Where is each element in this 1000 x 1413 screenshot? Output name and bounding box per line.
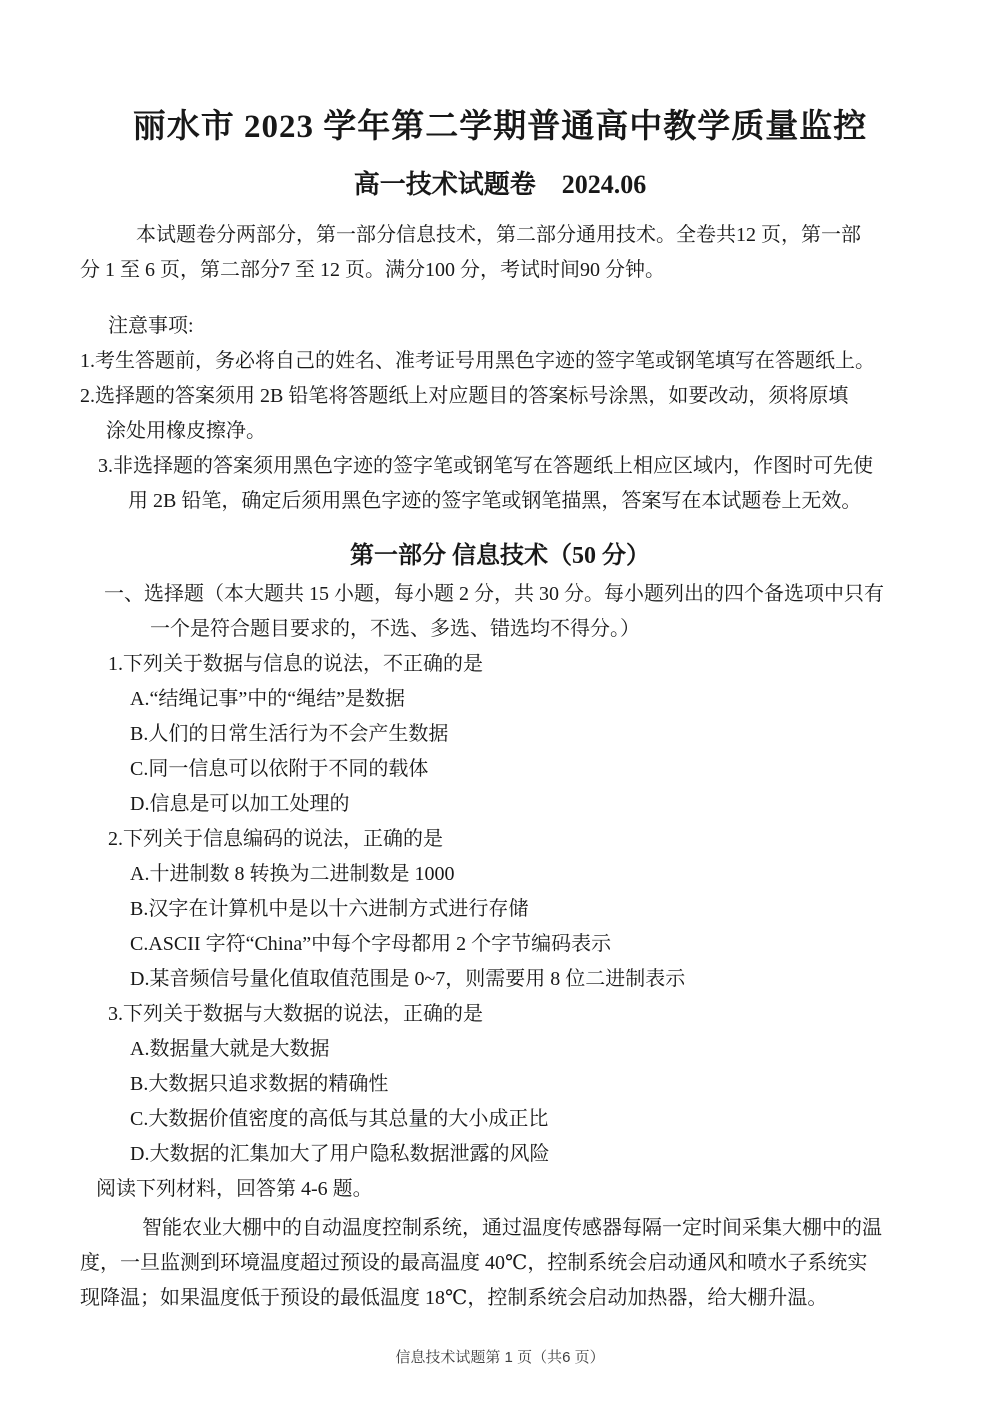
passage-line: 现降温；如果温度低于预设的最低温度 18℃，控制系统会启动加热器，给大棚升温。 [80, 1281, 920, 1316]
page-title: 丽水市 2023 学年第二学期普通高中教学质量监控 [80, 104, 920, 150]
page-subtitle: 高一技术试题卷 2024.06 [80, 166, 920, 204]
notice-heading: 注意事项: [108, 309, 920, 344]
notice-item: 1.考生答题前，务必将自己的姓名、准考证号用黑色字迹的签字笔或钢笔填写在答题纸上… [80, 344, 920, 379]
question: 3.下列关于数据与大数据的说法，正确的是 A.数据量大就是大数据 B.大数据只追… [80, 997, 920, 1172]
reading-block: 阅读下列材料，回答第 4-6 题。 智能农业大棚中的自动温度控制系统，通过温度传… [80, 1172, 920, 1316]
question-option: B.大数据只追求数据的精确性 [130, 1067, 920, 1102]
notice-block: 注意事项: 1.考生答题前，务必将自己的姓名、准考证号用黑色字迹的签字笔或钢笔填… [80, 309, 920, 519]
page-content: 丽水市 2023 学年第二学期普通高中教学质量监控 高一技术试题卷 2024.0… [0, 0, 1000, 1316]
question-option: D.某音频信号量化值取值范围是 0~7，则需要用 8 位二进制表示 [130, 962, 920, 997]
intro-line: 分 1 至 6 页，第二部分7 至 12 页。满分100 分，考试时间90 分钟… [80, 253, 920, 288]
notice-item: 3.非选择题的答案须用黑色字迹的签字笔或钢笔写在答题纸上相应区域内，作图时可先使 [98, 449, 920, 484]
notice-item: 2.选择题的答案须用 2B 铅笔将答题纸上对应题目的答案标号涂黑，如要改动，须将… [80, 379, 920, 414]
question-stem: 1.下列关于数据与信息的说法，不正确的是 [108, 647, 920, 682]
section-instruction-line: 一个是符合题目要求的，不选、多选、错选均不得分。） [150, 612, 920, 647]
question-option: C.同一信息可以依附于不同的载体 [130, 752, 920, 787]
question-option: C.大数据价值密度的高低与其总量的大小成正比 [130, 1102, 920, 1137]
question-option: A.数据量大就是大数据 [130, 1032, 920, 1067]
intro-line: 本试题卷分两部分，第一部分信息技术，第二部分通用技术。全卷共12 页，第一部 [80, 218, 920, 253]
question-stem: 3.下列关于数据与大数据的说法，正确的是 [108, 997, 920, 1032]
section-instruction: 一、选择题（本大题共 15 小题，每小题 2 分，共 30 分。每小题列出的四个… [80, 577, 920, 647]
question-option: D.大数据的汇集加大了用户隐私数据泄露的风险 [130, 1137, 920, 1172]
question-stem: 2.下列关于信息编码的说法，正确的是 [108, 822, 920, 857]
section-instruction-line: 一、选择题（本大题共 15 小题，每小题 2 分，共 30 分。每小题列出的四个… [104, 577, 920, 612]
section-heading: 第一部分 信息技术（50 分） [80, 535, 920, 577]
passage-line: 度，一旦监测到环境温度超过预设的最高温度 40℃，控制系统会启动通风和喷水子系统… [80, 1246, 920, 1281]
reading-prompt: 阅读下列材料，回答第 4-6 题。 [96, 1172, 920, 1207]
question-option: C.ASCII 字符“China”中每个字母都用 2 个字节编码表示 [130, 927, 920, 962]
question-option: A.十进制数 8 转换为二进制数是 1000 [130, 857, 920, 892]
notice-item-continuation: 涂处用橡皮擦净。 [106, 414, 920, 449]
question-option: D.信息是可以加工处理的 [130, 787, 920, 822]
passage-line: 智能农业大棚中的自动温度控制系统，通过温度传感器每隔一定时间采集大棚中的温 [80, 1211, 920, 1246]
question: 2.下列关于信息编码的说法，正确的是 A.十进制数 8 转换为二进制数是 100… [80, 822, 920, 997]
page-footer: 信息技术试题第 1 页（共6 页） [0, 1346, 1000, 1367]
intro-paragraph: 本试题卷分两部分，第一部分信息技术，第二部分通用技术。全卷共12 页，第一部 分… [80, 218, 920, 288]
question-option: B.汉字在计算机中是以十六进制方式进行存储 [130, 892, 920, 927]
question-option: A.“结绳记事”中的“绳结”是数据 [130, 682, 920, 717]
questions-block: 1.下列关于数据与信息的说法，不正确的是 A.“结绳记事”中的“绳结”是数据 B… [80, 647, 920, 1172]
notice-item-continuation: 用 2B 铅笔，确定后须用黑色字迹的签字笔或钢笔描黑，答案写在本试题卷上无效。 [128, 484, 920, 519]
question: 1.下列关于数据与信息的说法，不正确的是 A.“结绳记事”中的“绳结”是数据 B… [80, 647, 920, 822]
exam-page: 丽水市 2023 学年第二学期普通高中教学质量监控 高一技术试题卷 2024.0… [0, 0, 1000, 1413]
question-option: B.人们的日常生活行为不会产生数据 [130, 717, 920, 752]
